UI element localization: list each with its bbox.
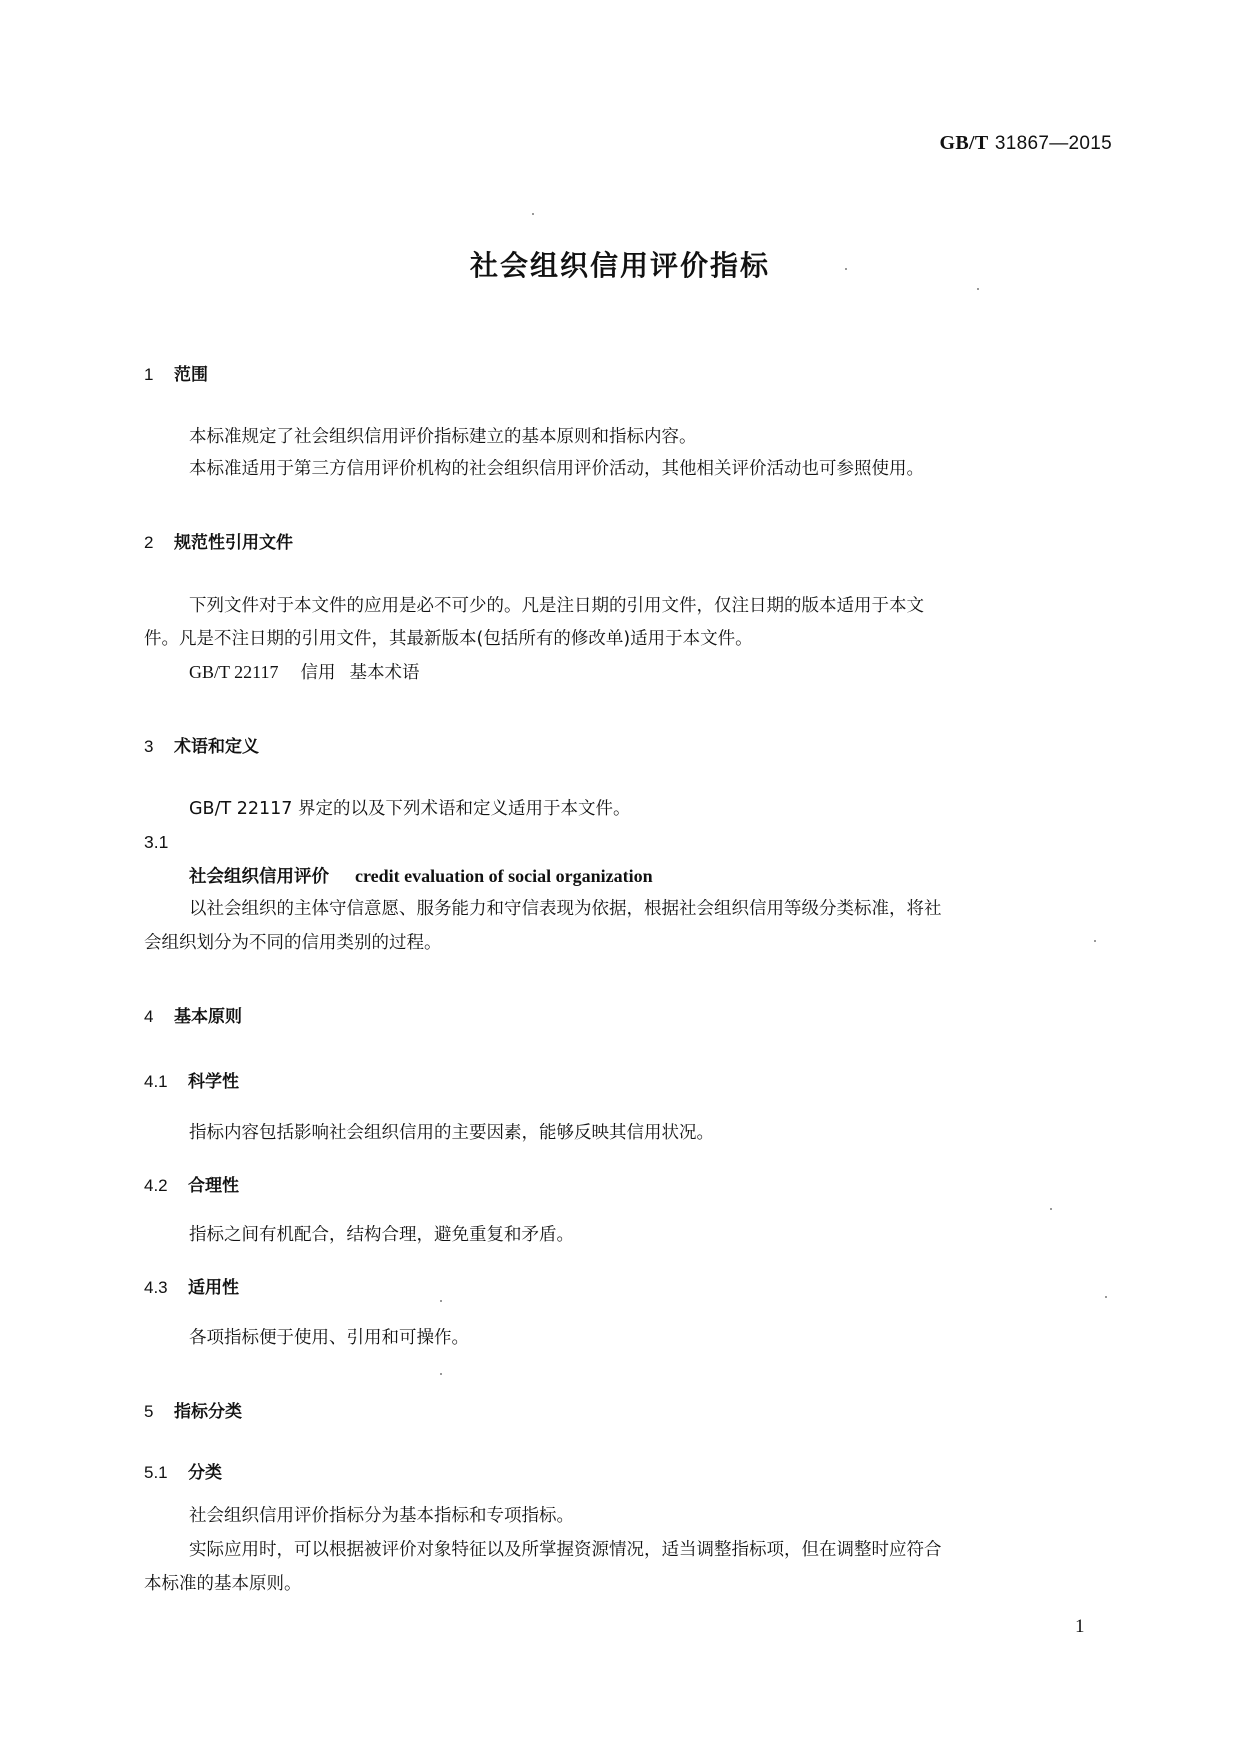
- scan-speck: [440, 1373, 442, 1375]
- section-number: 3: [144, 737, 174, 757]
- section-title: 指标分类: [174, 1402, 242, 1422]
- reference-title-part: 基本术语: [350, 663, 420, 683]
- standard-code: GB/T 31867—2015: [940, 132, 1112, 155]
- term-name-en: credit evaluation of social organization: [355, 866, 653, 886]
- subsection-number: 4.2: [144, 1176, 188, 1196]
- scan-speck: [1105, 1296, 1107, 1298]
- normative-reference: GB/T 22117信用基本术语: [189, 660, 420, 685]
- section-title: 规范性引用文件: [174, 533, 293, 553]
- scan-speck: [532, 213, 534, 215]
- section-title: 范围: [174, 365, 208, 385]
- standard-number: 31867—2015: [995, 133, 1112, 154]
- subsection-title: 适用性: [188, 1278, 239, 1298]
- subsection-4-3-heading: 4.3适用性: [144, 1273, 239, 1298]
- term-name-cn: 社会组织信用评价: [189, 867, 329, 887]
- section-5-heading: 5指标分类: [144, 1397, 242, 1422]
- subsection-title: 合理性: [188, 1176, 239, 1196]
- definition-line: 会组织划分为不同的信用类别的过程。: [144, 931, 442, 955]
- standard-prefix: GB/T: [940, 132, 989, 154]
- section-1-heading: 1范围: [144, 360, 208, 385]
- page-number: 1: [1075, 1616, 1085, 1638]
- subsection-4-1-heading: 4.1科学性: [144, 1067, 239, 1092]
- paragraph-line: 实际应用时，可以根据被评价对象特征以及所掌握资源情况，适当调整指标项，但在调整时…: [189, 1538, 942, 1562]
- subsection-5-1-heading: 5.1分类: [144, 1458, 222, 1483]
- reference-title-part: 信用: [301, 663, 336, 683]
- section-number: 5: [144, 1402, 174, 1422]
- paragraph-line: 本标准的基本原则。: [144, 1572, 302, 1596]
- subsection-title: 分类: [188, 1463, 222, 1483]
- section-number: 1: [144, 365, 174, 385]
- section-number: 2: [144, 533, 174, 553]
- paragraph-line: 下列文件对于本文件的应用是必不可少的。凡是注日期的引用文件，仅注日期的版本适用于…: [189, 594, 924, 618]
- reference-code: GB/T 22117: [189, 662, 279, 682]
- paragraph: 本标准规定了社会组织信用评价指标建立的基本原则和指标内容。: [189, 425, 697, 449]
- section-3-heading: 3术语和定义: [144, 732, 259, 757]
- term-number: 3.1: [144, 830, 168, 854]
- scan-speck: [1050, 1208, 1052, 1210]
- scan-speck: [977, 288, 979, 290]
- section-title: 基本原则: [174, 1007, 242, 1027]
- subsection-number: 4.3: [144, 1278, 188, 1298]
- definition-line: 以社会组织的主体守信意愿、服务能力和守信表现为依据，根据社会组织信用等级分类标准…: [189, 897, 942, 921]
- paragraph: 本标准适用于第三方信用评价机构的社会组织信用评价活动，其他相关评价活动也可参照使…: [189, 457, 924, 481]
- paragraph: GB/T 22117 界定的以及下列术语和定义适用于本文件。: [189, 797, 630, 821]
- subsection-number: 5.1: [144, 1463, 188, 1483]
- term-entry: 社会组织信用评价credit evaluation of social orga…: [189, 864, 653, 889]
- document-title: 社会组织信用评价指标: [0, 244, 1240, 284]
- scan-speck: [440, 1300, 442, 1302]
- subsection-4-2-heading: 4.2合理性: [144, 1171, 239, 1196]
- subsection-title: 科学性: [188, 1072, 239, 1092]
- paragraph: 指标之间有机配合，结构合理，避免重复和矛盾。: [189, 1223, 574, 1247]
- section-4-heading: 4基本原则: [144, 1002, 242, 1027]
- subsection-number: 4.1: [144, 1072, 188, 1092]
- paragraph: 社会组织信用评价指标分为基本指标和专项指标。: [189, 1504, 574, 1528]
- section-number: 4: [144, 1007, 174, 1027]
- paragraph-line: 件。凡是不注日期的引用文件，其最新版本(包括所有的修改单)适用于本文件。: [144, 627, 753, 651]
- scan-speck: [1094, 940, 1096, 942]
- paragraph: 指标内容包括影响社会组织信用的主要因素，能够反映其信用状况。: [189, 1121, 714, 1145]
- section-2-heading: 2规范性引用文件: [144, 528, 293, 553]
- section-title: 术语和定义: [174, 737, 259, 757]
- paragraph: 各项指标便于使用、引用和可操作。: [189, 1326, 469, 1350]
- scan-speck: [845, 268, 847, 270]
